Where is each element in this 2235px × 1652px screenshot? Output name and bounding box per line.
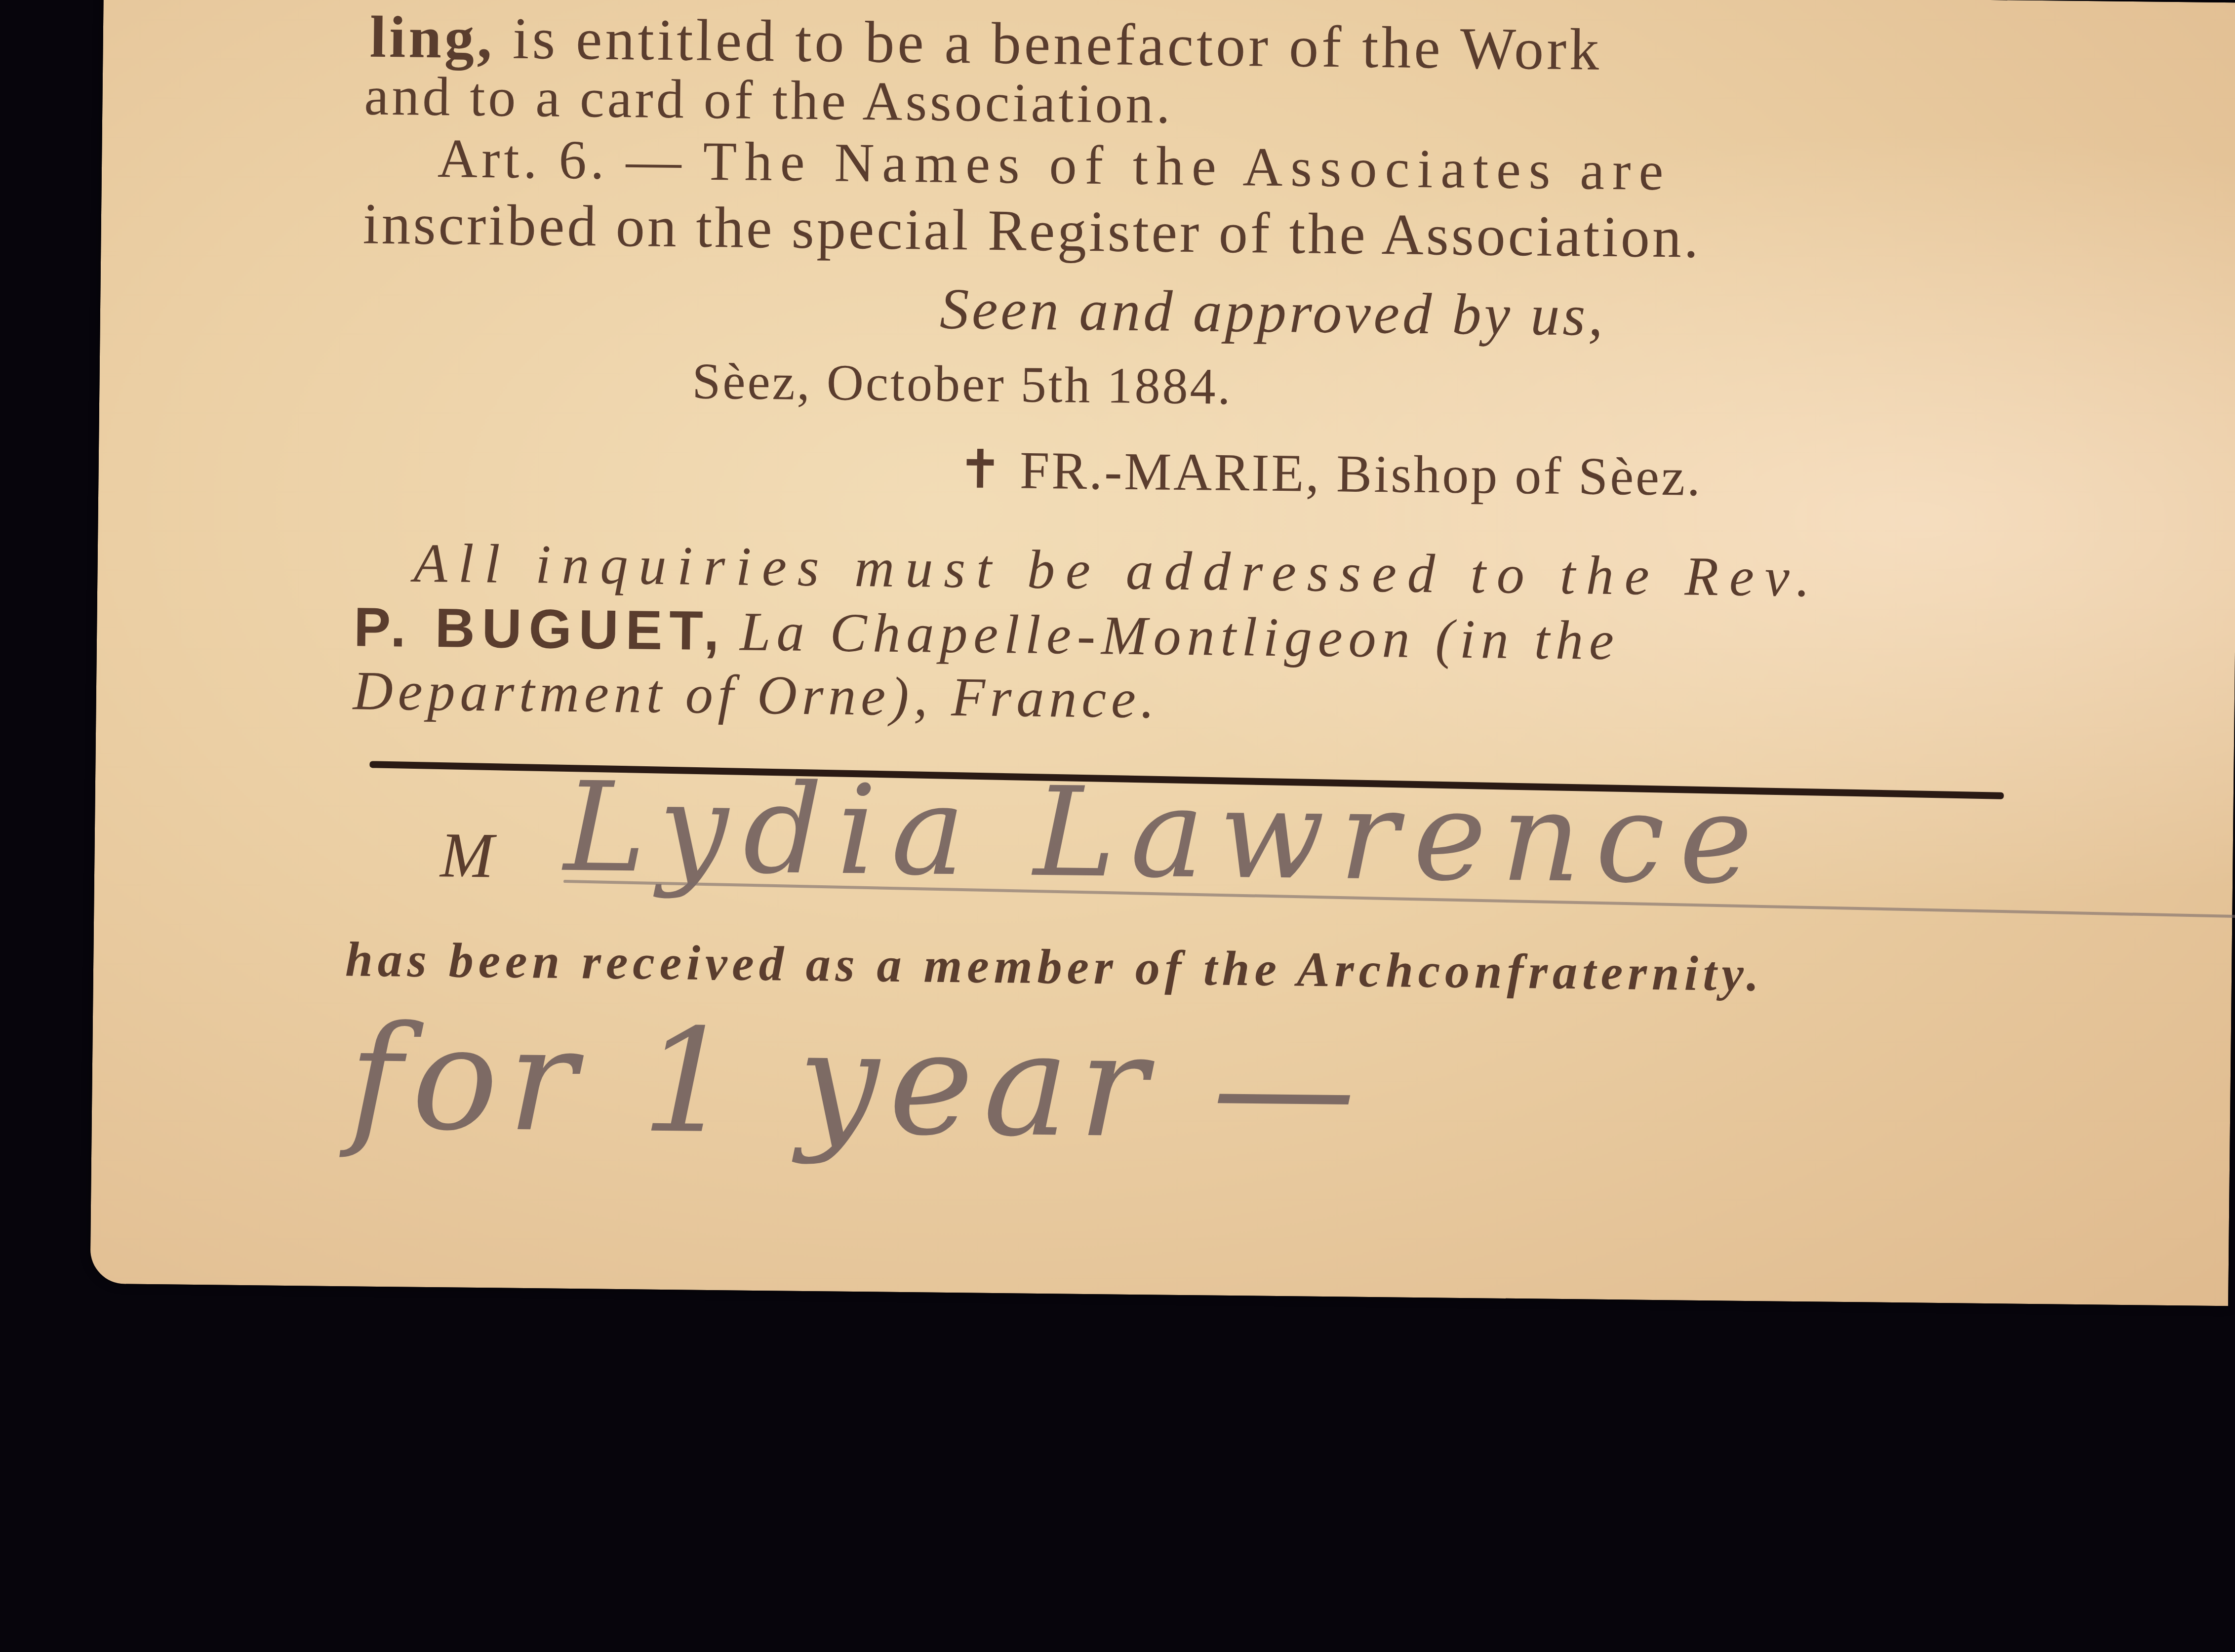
article-6-line: Art. 6. — The Names of the Associates ar… (438, 127, 1672, 203)
text-fragment: ling, (369, 4, 495, 71)
article-label: Art. 6. — (438, 128, 686, 192)
text-line-2: and to a card of the Association. (364, 65, 1173, 137)
membership-card: ling, is entitled to be a benefactor of … (90, 0, 2235, 1306)
signatory-line: ✝ FR.-MARIE, Bishop of Sèez. (958, 438, 1703, 509)
membership-statement: has been received as a member of the Arc… (345, 931, 1764, 1002)
member-prefix: M (440, 818, 494, 893)
address-part-2: Department of Orne), France. (353, 659, 1159, 731)
cross-icon: ✝ (958, 440, 1005, 500)
approval-text: Seen and approved by us, (939, 275, 1606, 350)
reverend-name: P. BUGUET, (354, 596, 726, 662)
handwritten-note: for 1 year — (348, 995, 1366, 1172)
signatory: FR.-MARIE, Bishop of Sèez. (1020, 441, 1703, 507)
place-date: Sèez, October 5th 1884. (692, 352, 1233, 416)
article-6-line-2: inscribed on the special Register of the… (362, 191, 1701, 272)
handwritten-name: Lydia Lawrence (563, 755, 1768, 912)
address-part-1: La Chapelle-Montligeon (in the (740, 601, 1620, 672)
article-text: The Names of the Associates are (703, 131, 1672, 202)
